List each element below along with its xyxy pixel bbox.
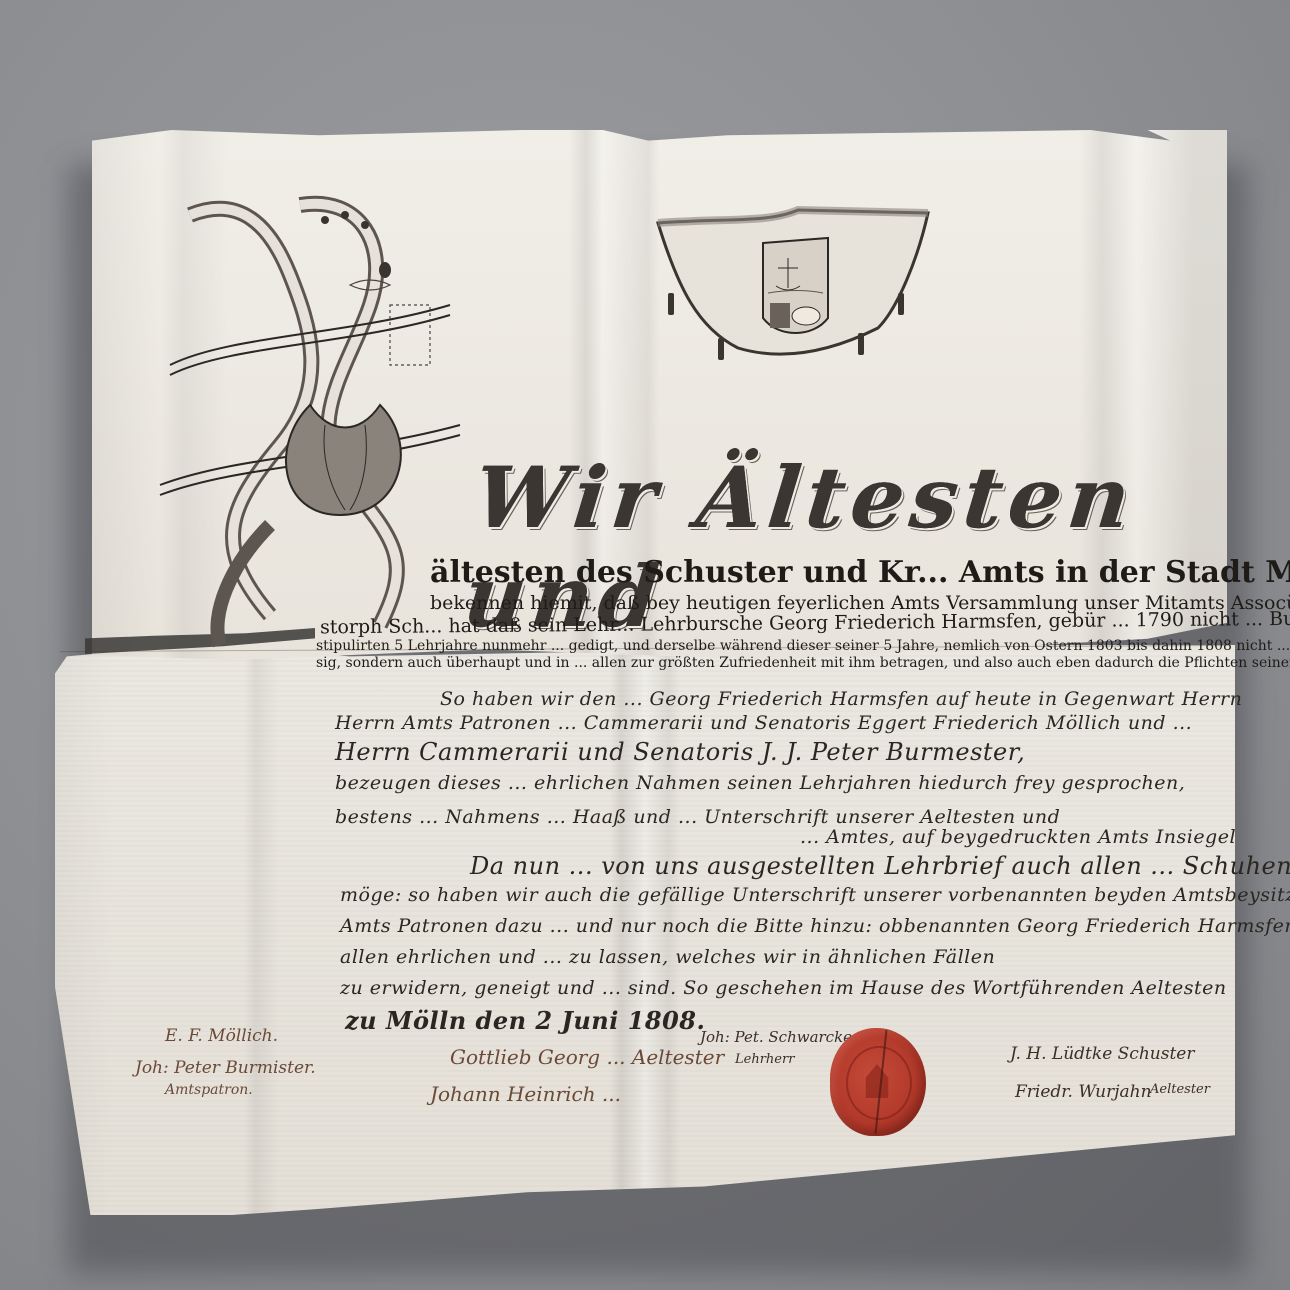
handwritten-line-1: So haben wir den ... Georg Friederich Ha… bbox=[440, 688, 1242, 710]
handwritten-line-3: Herrn Cammerarii und Senatoris J. J. Pet… bbox=[335, 738, 1025, 766]
handwritten-line-5: bestens ... Nahmens ... Haaß und ... Unt… bbox=[335, 806, 1060, 828]
place-date-line: zu Mölln den 2 Juni 1808. bbox=[345, 1006, 705, 1035]
signature-left-1: E. F. Möllich. bbox=[165, 1026, 278, 1046]
coat-of-arms-emblem bbox=[648, 198, 958, 368]
signature-right-1: J. H. Lüdtke Schuster bbox=[1010, 1044, 1194, 1064]
handwritten-line-10: allen ehrlichen und ... zu lassen, welch… bbox=[340, 946, 995, 968]
handwritten-line-2: Herrn Amts Patronen ... Cammerarii und S… bbox=[335, 712, 1192, 734]
handwritten-line-9: Amts Patronen dazu ... und nur noch die … bbox=[340, 915, 1290, 937]
handwritten-line-6: ... Amtes, auf beygedruckten Amts Insieg… bbox=[800, 826, 1236, 848]
signature-center-2: Johann Heinrich ... bbox=[430, 1082, 621, 1106]
signature-left-title: Amtspatron. bbox=[165, 1082, 253, 1098]
signature-right-title: Aeltester bbox=[1150, 1082, 1210, 1097]
gothic-line-4: stipulirten 5 Lehrjahre nunmehr ... gedi… bbox=[316, 638, 1290, 654]
handwritten-line-11: zu erwidern, geneigt und ... sind. So ge… bbox=[340, 977, 1227, 999]
handwritten-line-8: möge: so haben wir auch die gefällige Un… bbox=[340, 884, 1290, 906]
signature-right-2: Friedr. Wurjahn bbox=[1015, 1082, 1152, 1102]
gothic-line-5: sig, sondern auch überhaupt und in ... a… bbox=[316, 655, 1290, 671]
signature-left-2: Joh: Peter Burmister. bbox=[135, 1058, 316, 1078]
red-wax-seal bbox=[830, 1028, 926, 1136]
signature-center-1: Gottlieb Georg ... Aeltester bbox=[450, 1045, 724, 1069]
signature-middle-right-1: Joh: Pet. Schwarcke bbox=[700, 1028, 852, 1046]
handwritten-line-4: bezeugen dieses ... ehrlichen Nahmen sei… bbox=[335, 772, 1185, 794]
signature-middle-right-title: Lehrherr bbox=[735, 1052, 794, 1067]
gothic-line-1: ältesten des Schuster und Kr... Amts in … bbox=[430, 555, 1290, 590]
handwritten-line-7: Da nun ... von uns ausgestellten Lehrbri… bbox=[470, 852, 1290, 880]
